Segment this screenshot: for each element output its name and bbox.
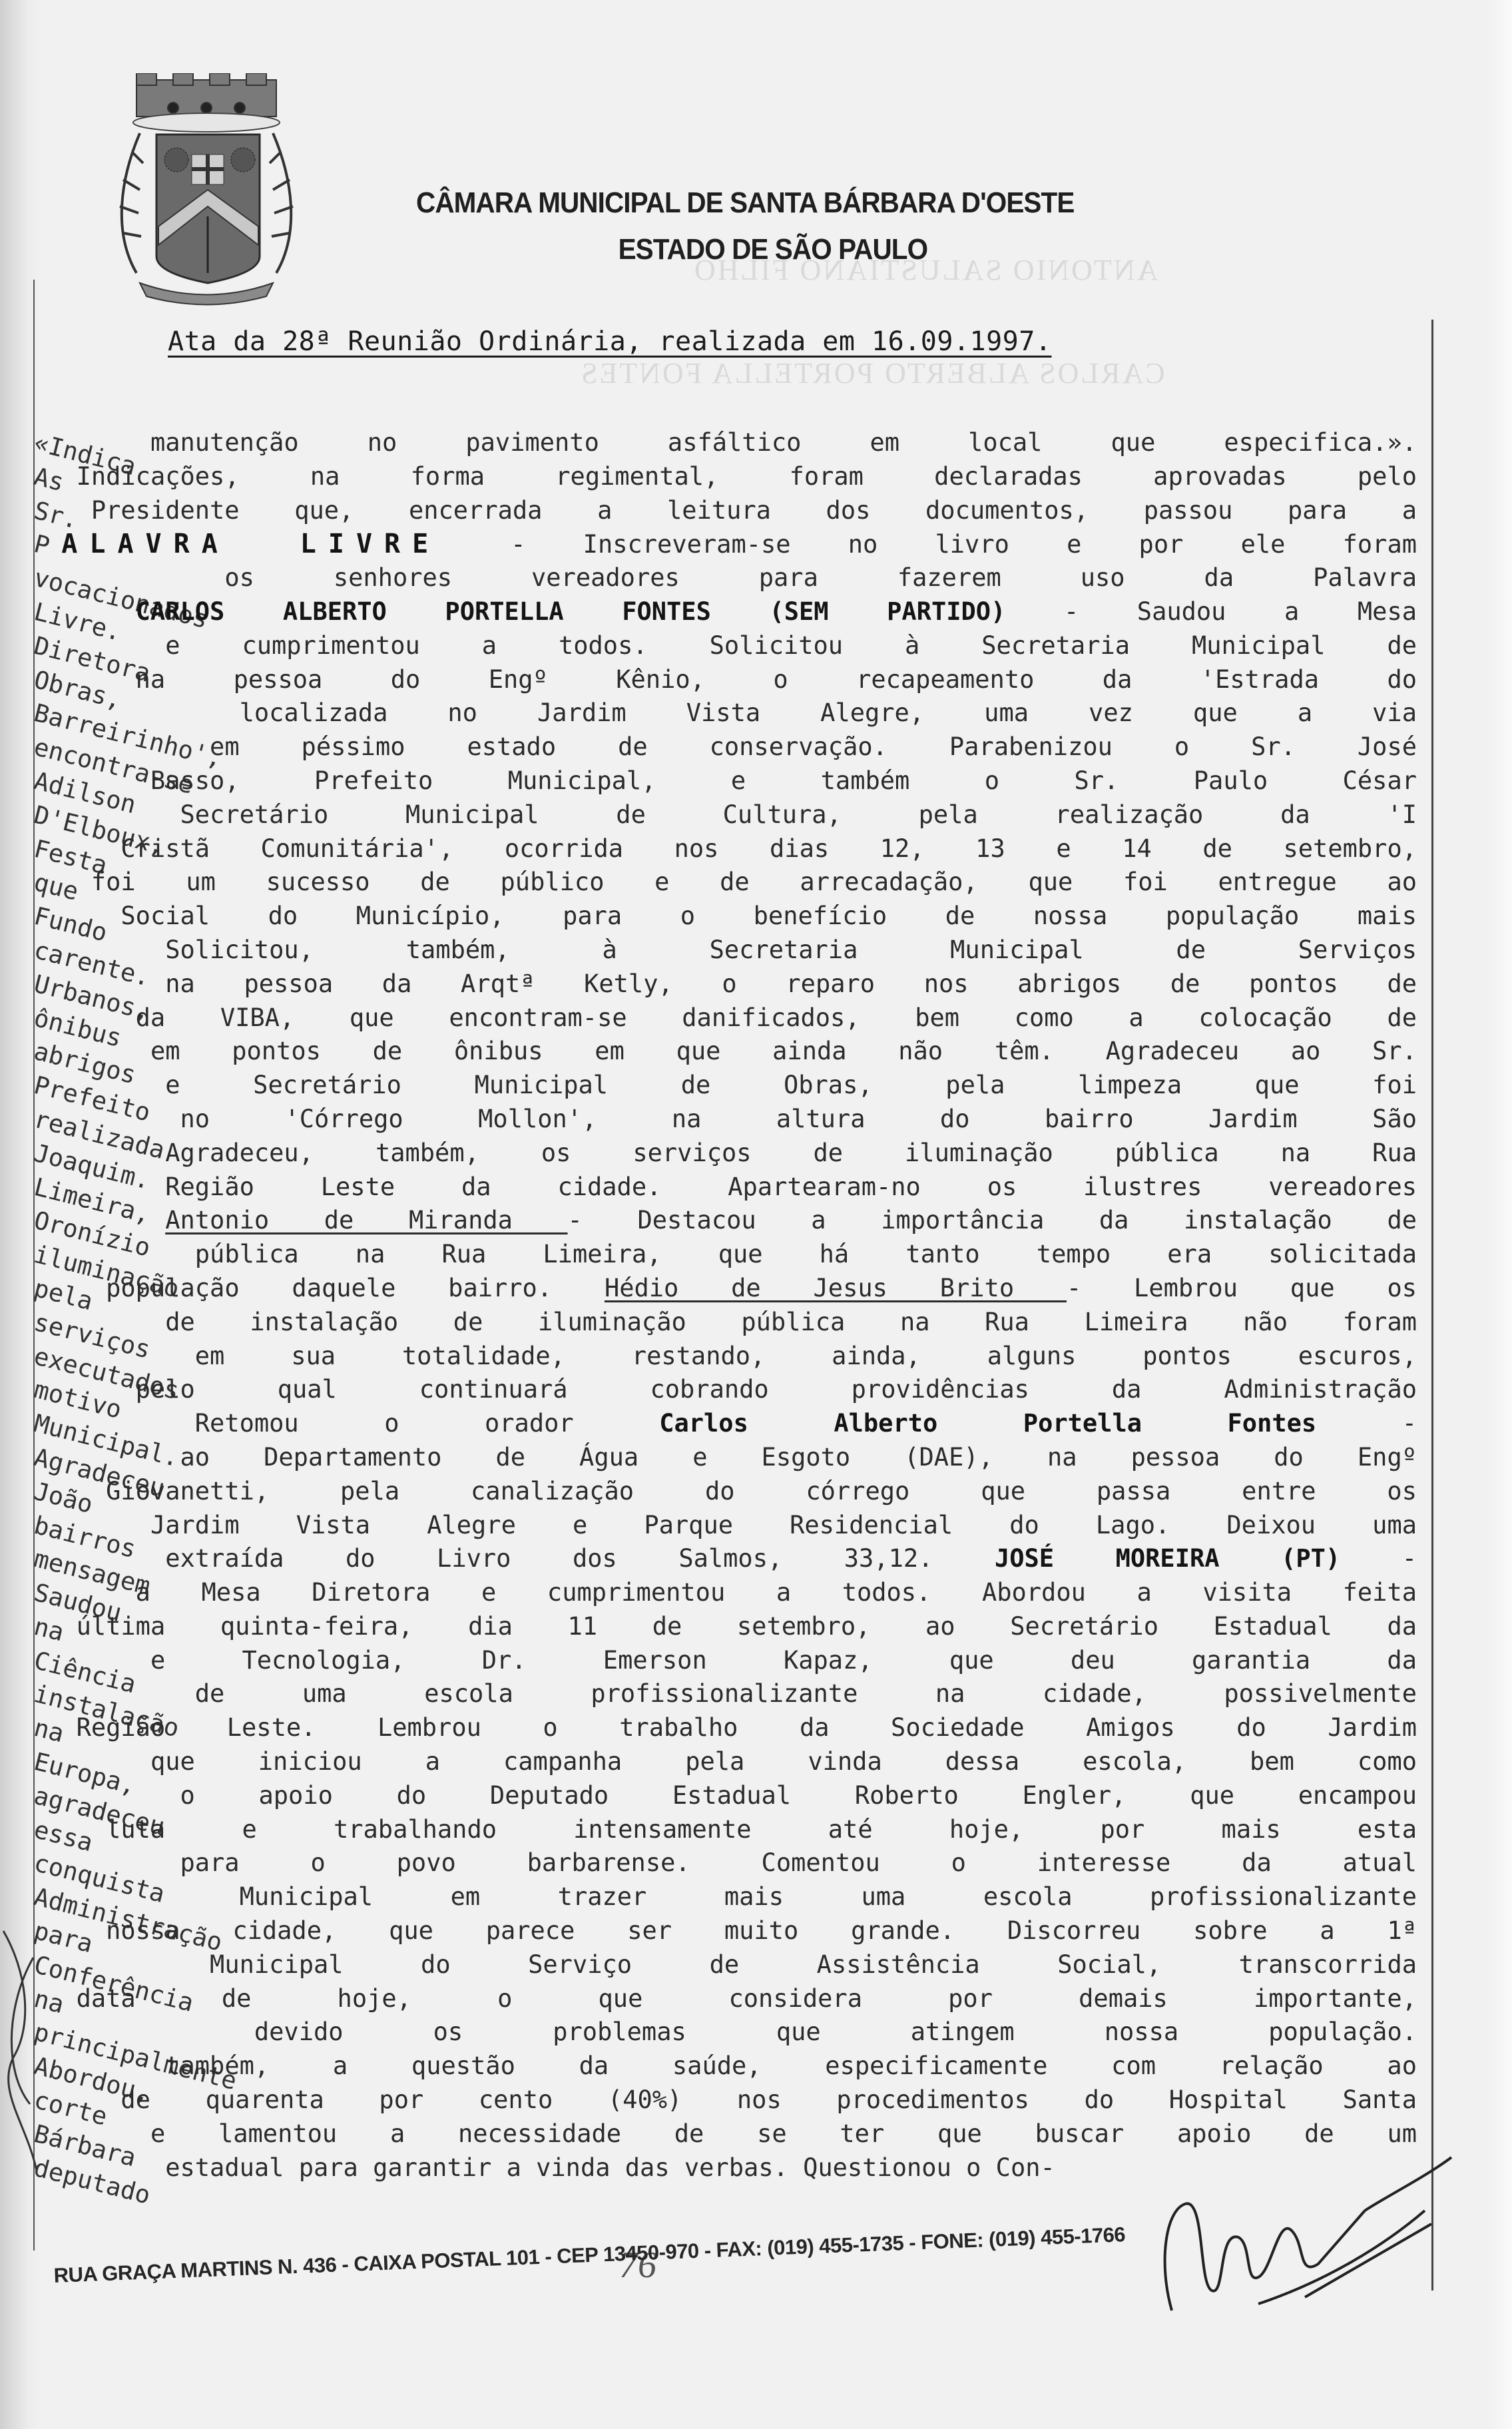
line-text: pública na Rua Limeira, que há tanto tem… [187, 1238, 1417, 1272]
minutes-line: D'Elboux,Secretário Municipal de Cultura… [39, 798, 1417, 832]
minutes-line: OronízioAntonio de Miranda - Destacou a … [39, 1204, 1417, 1238]
minutes-line: Saudoua Mesa Diretora e cumprimentou a t… [39, 1576, 1417, 1610]
minutes-line: Abordou,também, a questão da saúde, espe… [39, 2049, 1417, 2083]
line-text: devido os problemas que atingem nossa po… [246, 2016, 1417, 2049]
line-text: Região Leste da cidade. Apartearam-no os… [157, 1171, 1417, 1205]
coat-of-arms-icon [100, 73, 313, 313]
line-text: CARLOS ALBERTO PORTELLA FONTES (SEM PART… [128, 595, 1417, 629]
minutes-line: Agradeceuao Departamento de Água e Esgot… [39, 1441, 1417, 1475]
line-text: da VIBA, que encontram-se danificados, b… [128, 1001, 1417, 1035]
line-text: Solicitou, também, à Secretaria Municipa… [157, 934, 1417, 967]
line-text: localizada no Jardim Vista Alegre, uma v… [232, 696, 1417, 730]
line-text: no 'Córrego Mollon', na altura do bairro… [172, 1103, 1417, 1137]
minutes-line: FestaCristã Comunitária', ocorrida nos d… [39, 832, 1417, 866]
line-text: também, a questão da saúde, especificame… [157, 2049, 1417, 2083]
minutes-line: FundoSocial do Município, para o benefíc… [39, 900, 1417, 934]
footer-address: RUA GRAÇA MARTINS N. 436 - CAIXA POSTAL … [53, 2223, 1126, 2288]
line-text: e Tecnologia, Dr. Emerson Kapaz, que deu… [142, 1644, 1417, 1678]
line-text: Jardim Vista Alegre e Parque Residencial… [142, 1509, 1417, 1543]
line-text: Municipal em trazer mais uma escola prof… [232, 1880, 1417, 1914]
minutes-line: serviçosde instalação de iluminação públ… [39, 1306, 1417, 1340]
minutes-line: motivopelo qual continuará cobrando prov… [39, 1373, 1417, 1407]
line-text: manutenção no pavimento asfáltico em loc… [142, 426, 1417, 460]
line-text: de quarenta por cento (40%) nos procedim… [113, 2083, 1417, 2117]
line-text: Região Leste. Lembrou o trabalho da Soci… [69, 1711, 1417, 1745]
bleed-through-text: ANTONIO SALUSTIANO FILHO [692, 253, 1158, 287]
line-text: e Secretário Municipal de Obras, pela li… [157, 1069, 1417, 1103]
minutes-line: Sr.Presidente que, encerrada a leitura d… [39, 494, 1417, 528]
minutes-line: ônibusda VIBA, que encontram-se danifica… [39, 1001, 1417, 1035]
line-text: Agradeceu, também, os serviços de ilumin… [157, 1137, 1417, 1171]
line-text: e cumprimentou a todos. Solicitou à Secr… [157, 629, 1417, 663]
line-text: Social do Município, para o benefício de… [113, 900, 1417, 934]
minutes-line: JoãoGiovanetti, pela canalização do córr… [39, 1475, 1417, 1509]
minutes-line: AdministraçãoMunicipal em trazer mais um… [39, 1880, 1417, 1914]
minutes-line: Joaquim.Agradeceu, também, os serviços d… [39, 1137, 1417, 1171]
minutes-line: abrigosem pontos de ônibus em que ainda … [39, 1035, 1417, 1069]
line-text: de instalação de iluminação pública na R… [157, 1306, 1417, 1340]
line-text: Secretário Municipal de Cultura, pela re… [172, 798, 1417, 832]
minutes-line: principalmentedevido os problemas que at… [39, 2016, 1417, 2049]
minutes-line: instalaçãode uma escola profissionalizan… [39, 1677, 1417, 1711]
minutes-line: ConferênciaMunicipal do Serviço de Assis… [39, 1948, 1417, 1982]
line-text: em sua totalidade, restando, ainda, algu… [187, 1340, 1417, 1374]
minutes-line: realizadano 'Córrego Mollon', na altura … [39, 1103, 1417, 1137]
line-text: os senhores vereadores para fazerem uso … [216, 561, 1417, 595]
signature-icon [1145, 2131, 1465, 2317]
minutes-line: Prefeitoe Secretário Municipal de Obras,… [39, 1069, 1417, 1103]
line-text: nossa cidade, que parece ser muito grand… [98, 1914, 1417, 1948]
minutes-line: Barreirinho',localizada no Jardim Vista … [39, 696, 1417, 730]
line-text: de uma escola profissionalizante na cida… [187, 1677, 1417, 1711]
margin-initials-icon [0, 1904, 40, 2184]
bleed-through-text: CARLOS ALBERTO PORTELLA FONTES [579, 356, 1165, 390]
minutes-line: essaluta e trabalhando intensamente até … [39, 1813, 1417, 1847]
line-text: Basso, Prefeito Municipal, e também o Sr… [142, 764, 1417, 798]
line-text: Municipal do Serviço de Assistência Soci… [202, 1948, 1417, 1982]
scan-right-edge [1488, 0, 1512, 2429]
line-text: Indicações, na forma regimental, foram d… [69, 460, 1417, 494]
minutes-line: paranossa cidade, que parece ser muito g… [39, 1914, 1417, 1948]
margin-rule-right [1431, 320, 1433, 2291]
line-text: última quinta-feira, dia 11 de setembro,… [69, 1610, 1417, 1644]
line-text: extraída do Livro dos Salmos, 33,12. JOS… [157, 1542, 1417, 1576]
line-text: Presidente que, encerrada a leitura dos … [83, 494, 1417, 528]
minutes-line: Livre.CARLOS ALBERTO PORTELLA FONTES (SE… [39, 595, 1417, 629]
minutes-line: carente.Solicitou, também, à Secretaria … [39, 934, 1417, 967]
minutes-line: executadosem sua totalidade, restando, a… [39, 1340, 1417, 1374]
minutes-line: pelapopulação daquele bairro. Hédio de J… [39, 1272, 1417, 1306]
minutes-line: Ciênciae Tecnologia, Dr. Emerson Kapaz, … [39, 1644, 1417, 1678]
line-text: foi um sucesso de público e de arrecadaç… [83, 866, 1417, 900]
minutes-body: «Indicamanutenção no pavimento asfáltico… [39, 426, 1417, 2185]
minutes-line: cortede quarenta por cento (40%) nos pro… [39, 2083, 1417, 2117]
minutes-line: bairrosJardim Vista Alegre e Parque Resi… [39, 1509, 1417, 1543]
minutes-line: conquistapara o povo barbarense. Comento… [39, 1846, 1417, 1880]
line-text: Giovanetti, pela canalização do córrego … [98, 1475, 1417, 1509]
minutes-line: iluminaçãopública na Rua Limeira, que há… [39, 1238, 1417, 1272]
line-text: a Mesa Diretora e cumprimentou a todos. … [128, 1576, 1417, 1610]
minutes-line: PALAVRA LIVRE - Inscreveram-se no livro … [39, 527, 1417, 561]
line-text: na pessoa da Arqtª Ketly, o reparo nos a… [157, 967, 1417, 1001]
minutes-line: naúltima quinta-feira, dia 11 de setembr… [39, 1610, 1417, 1644]
minutes-line: «Indicamanutenção no pavimento asfáltico… [39, 426, 1417, 460]
line-text: o apoio do Deputado Estadual Roberto Eng… [172, 1779, 1417, 1813]
institution-name: CÂMARA MUNICIPAL DE SANTA BÁRBARA D'OEST… [416, 186, 1074, 220]
minutes-line: vocacionadosos senhores vereadores para … [39, 561, 1417, 595]
line-text: data de hoje, o que considera por demais… [69, 1982, 1417, 2016]
line-text: Cristã Comunitária', ocorrida nos dias 1… [113, 832, 1417, 866]
minutes-line: Obras,na pessoa do Engº Kênio, o recapea… [39, 663, 1417, 697]
line-text: população daquele bairro. Hédio de Jesus… [98, 1272, 1417, 1306]
line-lead-word: deputado [31, 2151, 154, 2213]
minutes-line: naRegião Leste. Lembrou o trabalho da So… [39, 1711, 1417, 1745]
minutes-title: Ata da 28ª Reunião Ordinária, realizada … [168, 326, 1051, 357]
line-text: em péssimo estado de conservação. Parabe… [202, 730, 1417, 764]
line-text: luta e trabalhando intensamente até hoje… [98, 1813, 1417, 1847]
line-text: pelo qual continuará cobrando providênci… [128, 1373, 1417, 1407]
minutes-line: agradeceuo apoio do Deputado Estadual Ro… [39, 1779, 1417, 1813]
line-text: que iniciou a campanha pela vinda dessa … [142, 1745, 1417, 1779]
minutes-line: AdilsonBasso, Prefeito Municipal, e tamb… [39, 764, 1417, 798]
minutes-line: AsIndicações, na forma regimental, foram… [39, 460, 1417, 494]
line-text: ao Departamento de Água e Esgoto (DAE), … [172, 1441, 1417, 1475]
line-text: em pontos de ônibus em que ainda não têm… [142, 1035, 1417, 1069]
line-text: ALAVRA LIVRE - Inscreveram-se no livro e… [53, 527, 1417, 561]
line-text: na pessoa do Engº Kênio, o recapeamento … [128, 663, 1417, 697]
minutes-line: Urbanos,na pessoa da Arqtª Ketly, o repa… [39, 967, 1417, 1001]
minutes-line: Limeira,Região Leste da cidade. Apartear… [39, 1171, 1417, 1205]
minutes-line: Municipal.Retomou o orador Carlos Albert… [39, 1407, 1417, 1441]
line-text: Antonio de Miranda - Destacou a importân… [157, 1204, 1417, 1238]
minutes-line: Europa,que iniciou a campanha pela vinda… [39, 1745, 1417, 1779]
line-text: Retomou o orador Carlos Alberto Portella… [187, 1407, 1417, 1441]
line-text: para o povo barbarense. Comentou o inter… [172, 1846, 1417, 1880]
minutes-line: Diretorae cumprimentou a todos. Solicito… [39, 629, 1417, 663]
minutes-line: encontra-seem péssimo estado de conserva… [39, 730, 1417, 764]
minutes-line: mensagemextraída do Livro dos Salmos, 33… [39, 1542, 1417, 1576]
minutes-line: nadata de hoje, o que considera por dema… [39, 1982, 1417, 2016]
minutes-line: quefoi um sucesso de público e de arreca… [39, 866, 1417, 900]
